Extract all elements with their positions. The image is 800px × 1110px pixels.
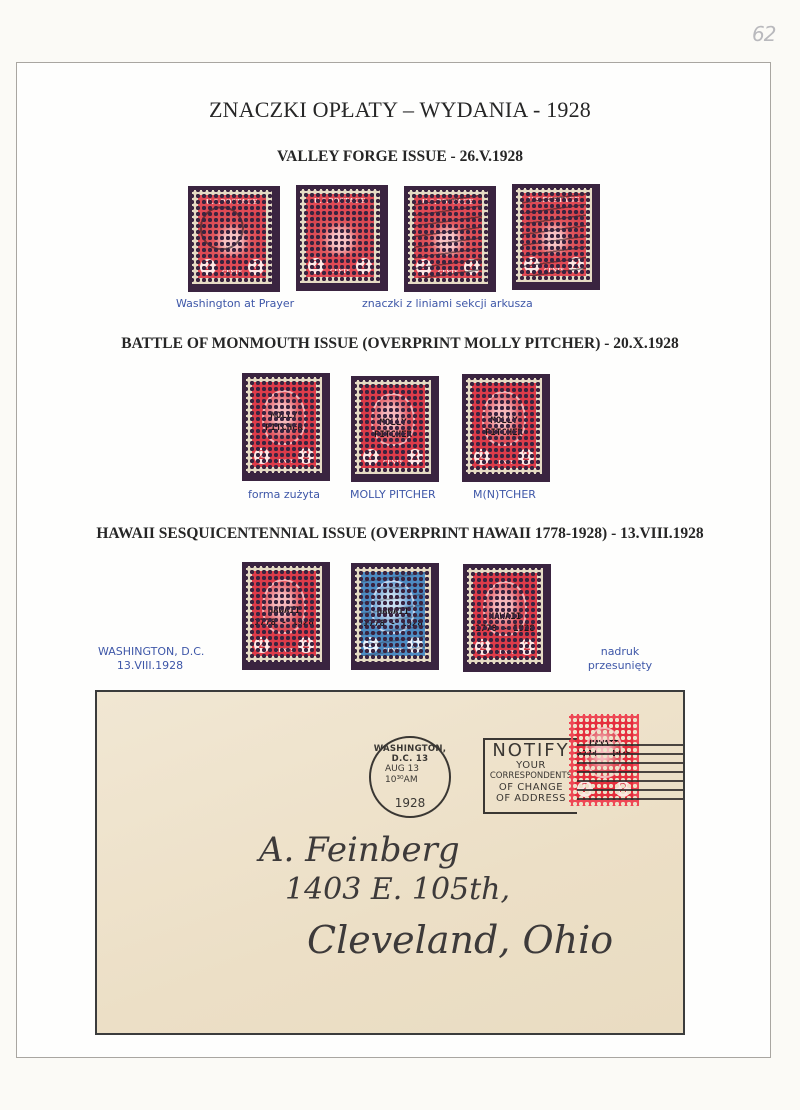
caption-mntcher-variety: M(N)TCHER xyxy=(473,488,536,502)
section-heading-monmouth: BATTLE OF MONMOUTH ISSUE (OVERPRINT MOLL… xyxy=(0,335,800,353)
stamp-molly-pitcher-2: MOLLYPITCHER 2 2 CENTS xyxy=(351,376,439,482)
section-heading-valley-forge: VALLEY FORGE ISSUE - 26.V.1928 xyxy=(0,148,800,166)
overprint-text: HAWAII1778 - 1928 xyxy=(252,605,316,629)
wavy-cancel xyxy=(361,572,425,656)
caption-washington-at-prayer: Washington at Prayer xyxy=(176,297,294,311)
caption-worn-plate: forma zużyta xyxy=(248,488,320,502)
caption-shifted-overprint: nadruk przesunięty xyxy=(580,645,660,673)
overprint-text: MOLLYPITCHER xyxy=(472,415,536,439)
slogan-cancel: NOTIFY YOUR CORRESPONDENTS OF CHANGE OF … xyxy=(483,738,577,814)
overprint-text: MOLLYPITCHER xyxy=(361,417,425,441)
address-street: 1403 E. 105th, xyxy=(285,872,510,907)
wavy-cancel xyxy=(414,195,482,278)
address-name: A. Feinberg xyxy=(259,830,460,870)
page-number: 62 xyxy=(752,22,775,46)
section-heading-hawaii: HAWAII SESQUICENTENNIAL ISSUE (OVERPRINT… xyxy=(0,525,800,543)
caption-section-lines: znaczki z liniami sekcji arkusza xyxy=(362,297,533,311)
stamp-hawaii-5c: HAWAII1778 - 1928 5 5 CENTS xyxy=(351,563,439,670)
stamp-valley-forge-3: U.S.POSTAGE 2 2 CENTS xyxy=(404,186,496,292)
first-day-cover-envelope: WASHINGTON, D.C. 13 AUG 13 10³⁰AM 1928 N… xyxy=(95,690,685,1035)
stamp-hawaii-2c-1: HAWAII1778 - 1928 2 2 CENTS xyxy=(242,562,330,670)
caption-molly-pitcher: MOLLY PITCHER xyxy=(350,488,436,502)
stamp-molly-pitcher-1: MOLLYPITCHER 2 2 CENTS xyxy=(242,373,330,481)
overprint-text-shifted: HAWAII1778 - 1928 xyxy=(473,611,537,635)
stamp-valley-forge-1: U.S.POSTAGE 2 2 CENTS xyxy=(188,186,280,292)
washington-at-prayer-vignette xyxy=(312,212,368,255)
circular-datestamp: WASHINGTON, D.C. 13 AUG 13 10³⁰AM 1928 xyxy=(369,736,451,818)
stamp-molly-pitcher-3: MOLLYPITCHER 2 2 CENTS xyxy=(462,374,550,482)
overprint-text: MOLLYPITCHER xyxy=(252,410,316,434)
page-title: ZNACZKI OPŁATY – WYDANIA - 1928 xyxy=(0,97,800,123)
caption-washington-dc-date: WASHINGTON, D.C. 13.VIII.1928 xyxy=(98,645,202,673)
killer-bars-cancel xyxy=(577,744,683,804)
circular-cancel xyxy=(198,195,266,278)
stamp-valley-forge-2: U.S.POSTAGE 2 2 CENTS xyxy=(296,185,388,291)
address-city: Cleveland, Ohio xyxy=(307,918,613,962)
wavy-cancel xyxy=(522,193,586,276)
stamp-valley-forge-4: U.S.POSTAGE 2 2 CENTS xyxy=(512,184,600,290)
stamp-hawaii-2c-shifted: HAWAII1778 - 1928 2 2 CENTS xyxy=(463,564,551,672)
